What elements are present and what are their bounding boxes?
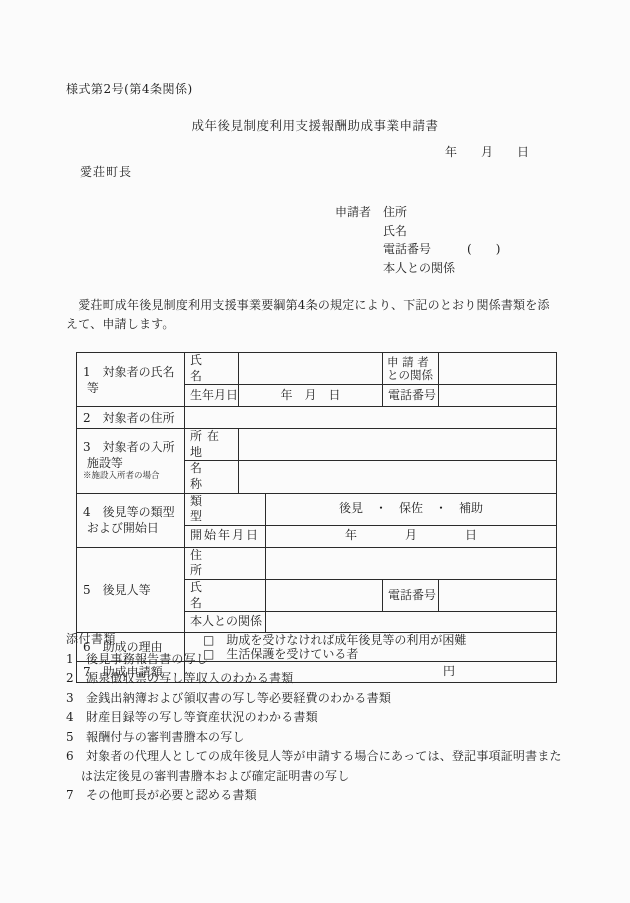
row1-phone-label: 電話番号 bbox=[383, 385, 439, 407]
attachment-item: 5 報酬付与の審判書謄本の写し bbox=[66, 728, 562, 748]
row3-facility-name-value bbox=[239, 461, 557, 493]
row3-location-label: 所在地 bbox=[185, 429, 239, 461]
row5-phone-label: 電話番号 bbox=[383, 579, 439, 611]
applicant-name-line: 氏名 bbox=[383, 222, 500, 241]
row3-label-text: 3 対象者の入所 施設等 bbox=[83, 440, 175, 470]
row5-address-label: 住所 bbox=[185, 547, 266, 579]
body-paragraph: 愛荘町成年後見制度利用支援事業要綱第4条の規定により、下記のとおり関係書類を添え… bbox=[66, 296, 560, 333]
date-line: 年 月 日 bbox=[66, 143, 529, 160]
row4-type-value: 後見 ・ 保佐 ・ 補助 bbox=[266, 493, 557, 525]
table-row: 1 対象者の氏名 等 氏名 申 請 者 との関係 bbox=[77, 353, 557, 385]
row5-phone-value bbox=[439, 579, 557, 611]
row5-name-value bbox=[266, 579, 383, 611]
applicant-lines: 住所 氏名 電話番号 ( ) 本人との関係 bbox=[383, 203, 500, 277]
table-row: 3 対象者の入所 施設等 ※施設入所者の場合 所在地 bbox=[77, 429, 557, 461]
form-title: 成年後見制度利用支援報酬助成事業申請書 bbox=[0, 116, 630, 134]
attachment-item: 6 対象者の代理人としての成年後見人等が申請する場合にあっては、登記事項証明書ま… bbox=[66, 747, 562, 786]
row4-start-label: 開始年月日 bbox=[185, 525, 266, 547]
row2-address-value bbox=[185, 407, 557, 429]
row1-label: 1 対象者の氏名 等 bbox=[77, 353, 185, 407]
applicant-block: 申請者 住所 氏名 電話番号 ( ) 本人との関係 bbox=[335, 203, 500, 277]
row4-type-label: 類型 bbox=[185, 493, 266, 525]
attachment-item: 3 金銭出納簿および領収書の写し等必要経費のわかる書類 bbox=[66, 689, 562, 709]
attachments-section: 添付書類 1 後見事務報告書の写し 2 源泉徴収票の写し等収入のわかる書類 3 … bbox=[66, 630, 562, 806]
addressee-mayor: 愛荘町長 bbox=[80, 163, 132, 180]
row3-label: 3 対象者の入所 施設等 ※施設入所者の場合 bbox=[77, 429, 185, 493]
row5-name-label: 氏名 bbox=[185, 579, 266, 611]
attachments-heading: 添付書類 bbox=[66, 630, 562, 650]
row1-name-label: 氏名 bbox=[185, 353, 239, 385]
row4-label: 4 後見等の類型 および開始日 bbox=[77, 493, 185, 547]
application-form-page: 様式第2号(第4条関係) 成年後見制度利用支援報酬助成事業申請書 年 月 日 愛… bbox=[0, 0, 630, 903]
table-row: 4 後見等の類型 および開始日 類型 後見 ・ 保佐 ・ 補助 bbox=[77, 493, 557, 525]
row3-label-note: ※施設入所者の場合 bbox=[83, 471, 184, 482]
attachment-item: 4 財産目録等の写し等資産状況のわかる書類 bbox=[66, 708, 562, 728]
form-number: 様式第2号(第4条関係) bbox=[66, 80, 193, 97]
applicant-phone-line: 電話番号 ( ) bbox=[383, 240, 500, 259]
table-row: 5 後見人等 住所 bbox=[77, 547, 557, 579]
row1-birth-value: 年 月 日 bbox=[239, 385, 383, 407]
row3-location-value bbox=[239, 429, 557, 461]
row1-phone-value bbox=[439, 385, 557, 407]
attachment-item: 7 その他町長が必要と認める書類 bbox=[66, 786, 562, 806]
row1-name-value bbox=[239, 353, 383, 385]
applicant-label: 申請者 bbox=[335, 203, 371, 222]
row4-start-value: 年 月 日 bbox=[266, 525, 557, 547]
attachment-item: 1 後見事務報告書の写し bbox=[66, 650, 562, 670]
table-row: 2 対象者の住所 bbox=[77, 407, 557, 429]
row1-relation-label: 申 請 者 との関係 bbox=[383, 353, 439, 385]
row5-address-value bbox=[266, 547, 557, 579]
applicant-relation-line: 本人との関係 bbox=[383, 259, 500, 278]
row1-relation-value bbox=[439, 353, 557, 385]
row1-birth-label: 生年月日 bbox=[185, 385, 239, 407]
row3-facility-name-label: 名称 bbox=[185, 461, 239, 493]
row2-label: 2 対象者の住所 bbox=[77, 407, 185, 429]
applicant-address-line: 住所 bbox=[383, 203, 500, 222]
row5-label: 5 後見人等 bbox=[77, 547, 185, 632]
attachment-item: 2 源泉徴収票の写し等収入のわかる書類 bbox=[66, 669, 562, 689]
